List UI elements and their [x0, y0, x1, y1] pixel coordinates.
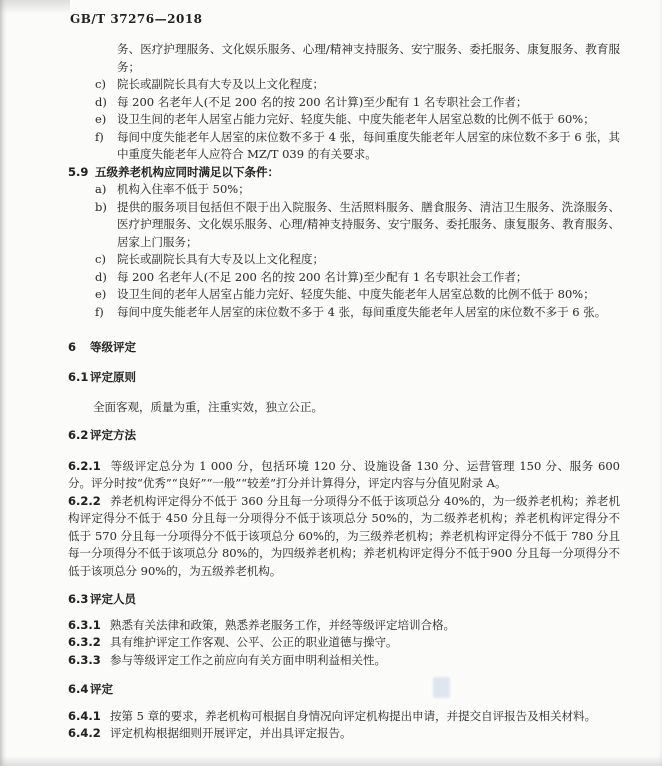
- paragraph-text: 养老机构评定得分不低于 360 分且每一分项得分不低于该项总分 40%的，为一级…: [68, 494, 620, 578]
- clause-title: 五级养老机构应同时满足以下条件：: [95, 165, 279, 179]
- clause-6-3-2-paragraph: 6.3.2具有维护评定工作客观、公平、公正的职业道德与操守。: [68, 634, 620, 652]
- chapter-6-heading: 6等级评定: [68, 339, 620, 357]
- clause-6-3-3-paragraph: 6.3.3参与等级评定工作之前应向有关方面申明利益相关性。: [68, 652, 620, 670]
- list-item-label: e): [95, 111, 106, 129]
- chapter-number: 6: [68, 339, 90, 357]
- list-item: f) 每间中度失能老年人居室的床位数不多于 4 张，每间重度失能老年人居室的床位…: [68, 129, 620, 164]
- paragraph-number: 6.3.1: [68, 617, 110, 635]
- list-item-label: f): [95, 129, 104, 147]
- list-item: d) 每 200 名老年人(不足 200 名的按 200 名计算)至少配有 1 …: [68, 269, 620, 287]
- list-item-text: 每 200 名老年人(不足 200 名的按 200 名计算)至少配有 1 名专职…: [117, 95, 527, 109]
- paragraph-text: 按第 5 章的要求，养老机构可根据自身情况向评定机构提出申请，并提交自评报告及相…: [110, 709, 596, 723]
- list-item-label: d): [95, 94, 107, 112]
- list-item: f) 每间中度失能老年人居室的床位数不多于 4 张，每间重度失能老年人居室的床位…: [68, 304, 620, 322]
- paragraph-text: 等级评定总分为 1 000 分，包括环境 120 分、设施设备 130 分、运营…: [68, 459, 620, 491]
- document-page: GB/T 37276—2018 务、医疗护理服务、文化娱乐服务、心理/精神支持服…: [0, 0, 662, 766]
- paragraph-number: 6.3.2: [68, 634, 110, 652]
- list-item-label: f): [95, 304, 104, 322]
- clause-6-3-1-paragraph: 6.3.1熟悉有关法律和政策，熟悉养老服务工作，并经等级评定培训合格。: [68, 617, 620, 635]
- chapter-title: 等级评定: [90, 340, 136, 354]
- list-item-text: 每 200 名老年人(不足 200 名的按 200 名计算)至少配有 1 名专职…: [117, 270, 527, 284]
- list-item-label: a): [95, 181, 106, 199]
- scan-edge-right: [658, 0, 662, 766]
- clause-6-2-1-paragraph: 6.2.1等级评定总分为 1 000 分，包括环境 120 分、设施设备 130…: [68, 458, 620, 493]
- paragraph-number: 6.2.2: [68, 493, 110, 511]
- clause-5-9-heading: 5.9五级养老机构应同时满足以下条件：: [68, 164, 620, 182]
- list-item-text: 院长或副院长具有大专及以上文化程度；: [117, 252, 324, 266]
- clause-title: 评定人员: [90, 592, 136, 606]
- list-item: a) 机构入住率不低于 50%；: [68, 181, 620, 199]
- clause-6-3-heading: 6.3评定人员: [68, 591, 620, 609]
- list-item-text: 每间中度失能老年人居室的床位数不多于 4 张，每间重度失能老年人居室的床位数不多…: [117, 130, 620, 162]
- list-item-text: 设卫生间的老年人居室占能力完好、轻度失能、中度失能老年人居室总数的比例不低于 8…: [117, 287, 595, 301]
- clause-6-4-2-paragraph: 6.4.2评定机构根据细则开展评定，并出具评定报告。: [68, 725, 620, 743]
- clause-title: 评定方法: [90, 428, 136, 442]
- clause-title: 评定原则: [90, 370, 136, 384]
- clause-6-1-paragraph: 全面客观，质量为重，注重实效，独立公正。: [93, 399, 620, 417]
- page-content: GB/T 37276—2018 务、医疗护理服务、文化娱乐服务、心理/精神支持服…: [68, 0, 620, 743]
- paragraph-text: 评定机构根据细则开展评定，并出具评定报告。: [110, 726, 352, 740]
- list-item: b) 提供的服务项目包括但不限于出入院服务、生活照料服务、膳食服务、清洁卫生服务…: [68, 199, 620, 252]
- prev-item-b-continuation: 务、医疗护理服务、文化娱乐服务、心理/精神支持服务、安宁服务、委托服务、康复服务…: [117, 41, 620, 76]
- clause-6-4-1-paragraph: 6.4.1按第 5 章的要求，养老机构可根据自身情况向评定机构提出申请，并提交自…: [68, 708, 620, 726]
- list-item-label: d): [95, 269, 107, 287]
- scan-edge-left: [0, 0, 7, 766]
- clause-number: 6.3: [68, 591, 90, 609]
- scan-edge-top-left: [0, 0, 70, 14]
- doc-number-header: GB/T 37276—2018: [70, 12, 620, 27]
- paragraph-number: 6.4.2: [68, 725, 110, 743]
- list-item-label: c): [95, 76, 106, 94]
- scan-edge-bottom: [0, 756, 662, 766]
- clause-number: 6.4: [68, 681, 90, 699]
- clause-6-1-heading: 6.1评定原则: [68, 369, 620, 387]
- paragraph-text: 具有维护评定工作客观、公平、公正的职业道德与操守。: [110, 635, 398, 649]
- list-item-label: b): [95, 199, 107, 217]
- list-item: e) 设卫生间的老年人居室占能力完好、轻度失能、中度失能老年人居室总数的比例不低…: [68, 286, 620, 304]
- list-item-text: 提供的服务项目包括但不限于出入院服务、生活照料服务、膳食服务、清洁卫生服务、洗涤…: [117, 200, 620, 249]
- list-item-text: 设卫生间的老年人居室占能力完好、轻度失能、中度失能老年人居室总数的比例不低于 6…: [117, 112, 595, 126]
- clause-6-4-heading: 6.4评定: [68, 681, 620, 699]
- list-item-label: c): [95, 251, 106, 269]
- list-item-label: e): [95, 286, 106, 304]
- paragraph-number: 6.4.1: [68, 708, 110, 726]
- list-item: d) 每 200 名老年人(不足 200 名的按 200 名计算)至少配有 1 …: [68, 94, 620, 112]
- list-item-text: 院长或副院长具有大专及以上文化程度；: [117, 77, 324, 91]
- clause-6-2-heading: 6.2评定方法: [68, 427, 620, 445]
- paragraph-text: 熟悉有关法律和政策，熟悉养老服务工作，并经等级评定培训合格。: [110, 618, 455, 632]
- list-item-text: 机构入住率不低于 50%；: [117, 182, 250, 196]
- clause-number: 6.1: [68, 369, 90, 387]
- list-item-text: 每间中度失能老年人居室的床位数不多于 4 张，每间重度失能老年人居室的床位数不多…: [117, 305, 606, 319]
- paragraph-number: 6.3.3: [68, 652, 110, 670]
- clause-number: 6.2: [68, 427, 90, 445]
- clause-number: 5.9: [68, 164, 95, 182]
- list-item: e) 设卫生间的老年人居室占能力完好、轻度失能、中度失能老年人居室总数的比例不低…: [68, 111, 620, 129]
- clause-6-2-2-paragraph: 6.2.2养老机构评定得分不低于 360 分且每一分项得分不低于该项总分 40%…: [68, 493, 620, 581]
- clause-title: 评定: [90, 682, 113, 696]
- list-item: c) 院长或副院长具有大专及以上文化程度；: [68, 251, 620, 269]
- list-item: c) 院长或副院长具有大专及以上文化程度；: [68, 76, 620, 94]
- paragraph-text: 参与等级评定工作之前应向有关方面申明利益相关性。: [110, 653, 386, 667]
- paragraph-number: 6.2.1: [68, 458, 110, 476]
